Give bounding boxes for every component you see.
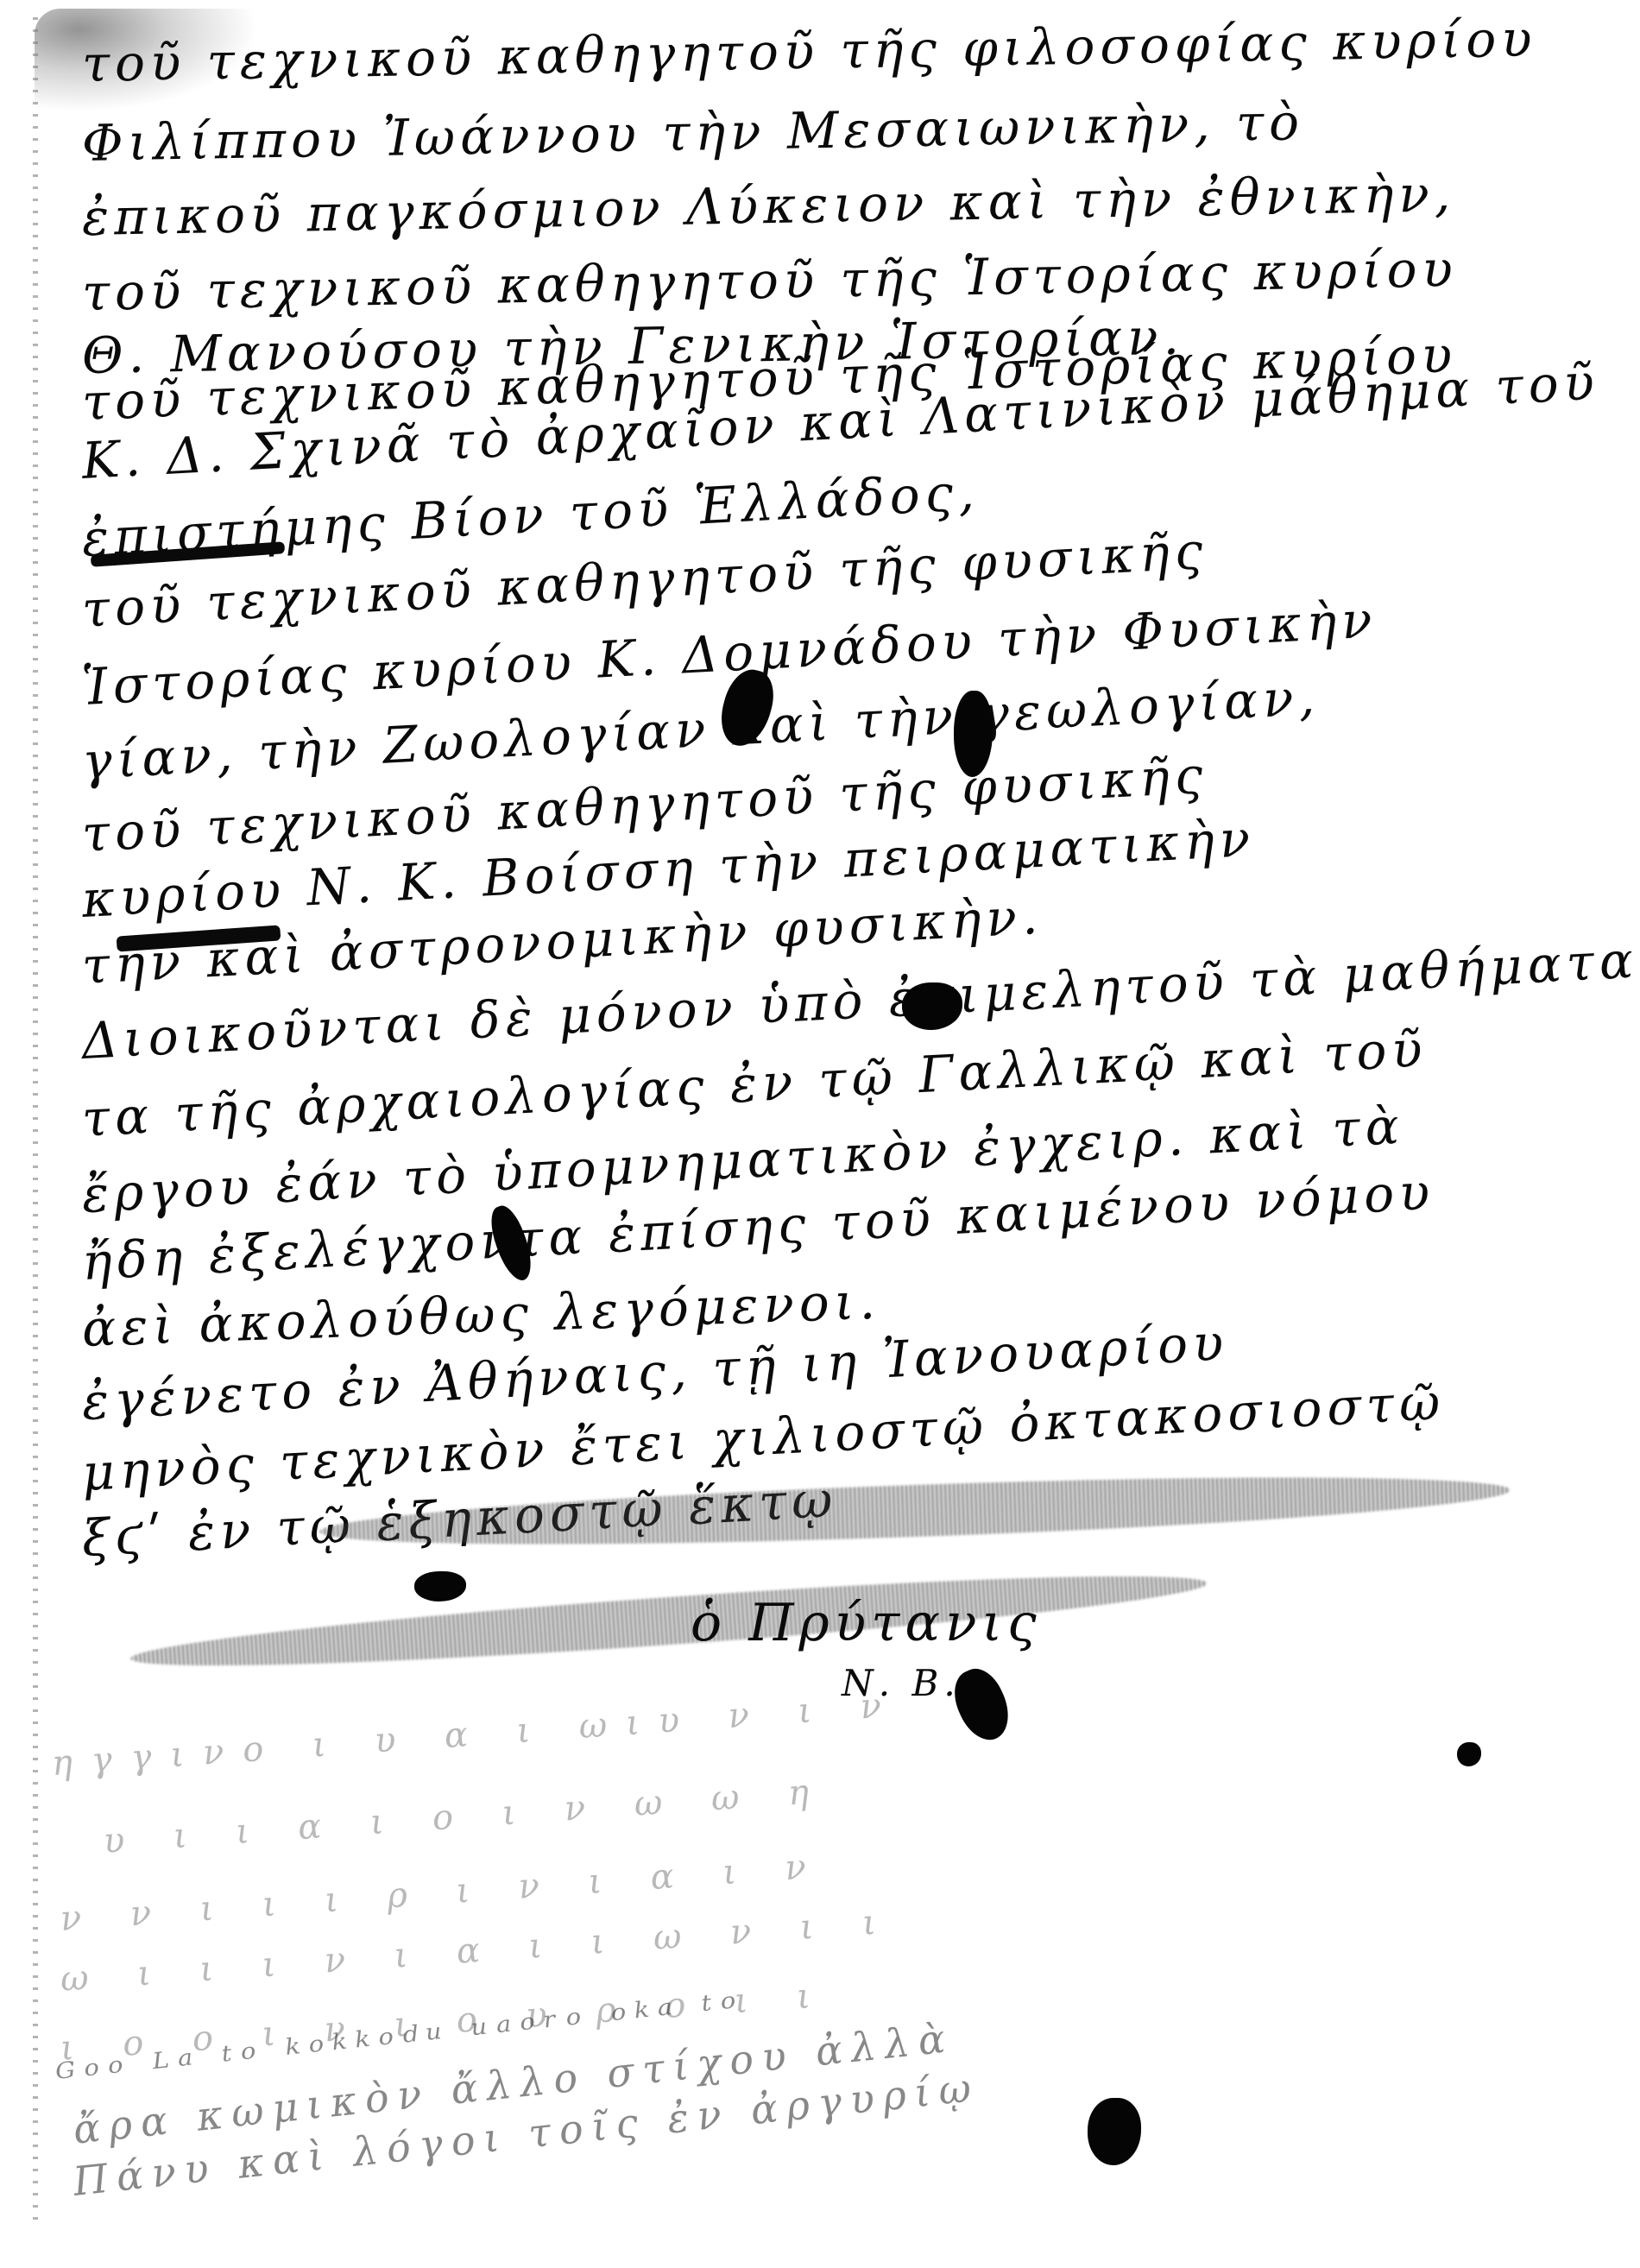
ink-blot: [1088, 2098, 1141, 2165]
page-left-edge: [33, 17, 38, 2227]
signature: ὁ Πρύτανις: [691, 1593, 1042, 1653]
manuscript-line: ἐπικοῦ παγκόσμιον Λύκειον καὶ τὴν ἐθνικὴ…: [81, 164, 1455, 247]
ink-blot: [1457, 1742, 1481, 1766]
manuscript-line: Φιλίππου Ἰωάννου τὴν Μεσαιωνικὴν, τὸ: [81, 92, 1304, 173]
bleedthrough-line: ηγγινο ι υ α ι ωιυ ν ι ν: [50, 1684, 901, 1784]
manuscript-line: τοῦ τεχνικοῦ καθηγητοῦ τῆς φιλοσοφίας κυ…: [81, 9, 1537, 93]
manuscript-line: τοῦ τεχνικοῦ καθηγητοῦ τῆς Ἱστορίας κυρί…: [81, 239, 1458, 322]
manuscript-page: τοῦ τεχνικοῦ καθηγητοῦ τῆς φιλοσοφίας κυ…: [0, 0, 1640, 2268]
ink-smear: [129, 1559, 1209, 1682]
bleedthrough-line: υ ι ι α ι ο ι ν ω ω η: [102, 1771, 829, 1861]
ink-blot: [414, 1571, 466, 1601]
